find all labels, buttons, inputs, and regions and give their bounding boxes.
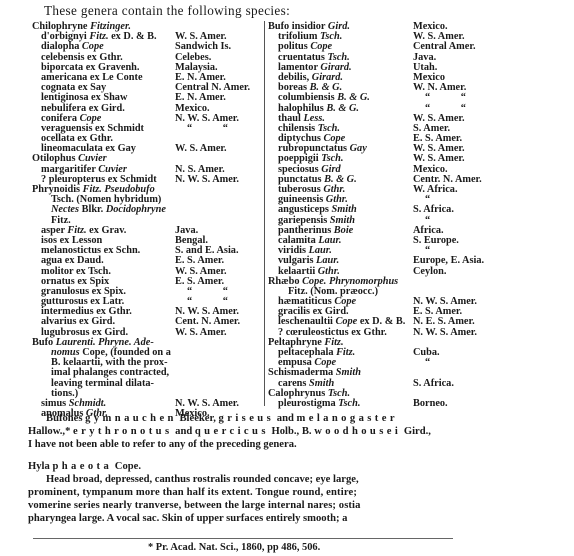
- description-line-4: pharyngea large. A vocal sac. Skin of up…: [28, 512, 548, 525]
- column-divider: [264, 21, 265, 406]
- species-epithet: quercicus: [195, 426, 269, 437]
- locality: Ceylon.: [413, 267, 446, 277]
- species-row: pleurostigma Tsch.Borneo.: [268, 399, 568, 409]
- species-heading: Hyla phaeota Cope.: [28, 460, 548, 473]
- heading-author: Cope.: [112, 461, 141, 472]
- locality: E. N. Amer.: [175, 93, 226, 103]
- species-epithet: melanogaster: [297, 413, 398, 424]
- locality: “ “: [413, 93, 480, 103]
- locality: N. W. S. Amer.: [413, 328, 477, 338]
- intro-line: These genera contain the following speci…: [44, 3, 290, 19]
- footnote-rule: [33, 538, 453, 539]
- species-epithet: erythronotus: [73, 426, 172, 437]
- text-segment: Hallow.,*: [28, 426, 73, 437]
- locality: S. Africa.: [413, 379, 454, 389]
- heading-genus: Hyla: [28, 461, 52, 472]
- description-line-2: prominent, tympanum more than half its e…: [28, 486, 548, 499]
- locality: Borneo.: [413, 399, 448, 409]
- text-segment: and: [274, 413, 296, 424]
- text-segment: and: [173, 426, 195, 437]
- text-segment: Holb., B.: [269, 426, 314, 437]
- authority: Fitz.: [336, 347, 355, 358]
- paragraph-unplaced-species-line2: Hallow.,* erythronotus and quercicus Hol…: [28, 425, 548, 438]
- locality: W. S. Amer.: [175, 328, 227, 338]
- species-list-right-column: Bufo insidior Gird.Mexico.trifolium Tsch…: [268, 22, 568, 409]
- document-page: These genera contain the following speci…: [0, 0, 574, 556]
- authority-extra: Blkr.: [79, 204, 106, 215]
- paragraph-unplaced-species-line3: I have not been able to refer to any of …: [28, 438, 548, 451]
- taxon-name: pleurostigma Tsch.: [278, 399, 360, 409]
- locality: W. S. Amer.: [175, 144, 227, 154]
- taxon-text: pleurostigma: [278, 398, 338, 409]
- footnote: * Pr. Acad. Nat. Sci., 1860, pp 486, 506…: [148, 542, 320, 553]
- paragraph-unplaced-species-line1: Bufones gymnauchen Bleeker, griseus and …: [28, 412, 566, 425]
- description-line-1: Head broad, depressed, canthus rostralis…: [28, 473, 566, 486]
- text-segment: Bufones: [46, 413, 85, 424]
- authority: Smith: [336, 367, 361, 378]
- authority: B. & G.: [326, 103, 359, 114]
- locality: “: [413, 358, 444, 368]
- species-list-left-column: Chilophryne Fitzinger.d'orbignyi Fitz. e…: [30, 22, 262, 419]
- locality: E. S. Amer.: [175, 256, 224, 266]
- locality: “ “: [175, 124, 242, 134]
- locality: Europe, E. Asia.: [413, 256, 484, 266]
- text-segment: Bleeker,: [177, 413, 219, 424]
- authority: Tsch.: [338, 398, 360, 409]
- description-line-3: vomerine series nearly tranverse, betwee…: [28, 499, 548, 512]
- locality: N. W. S. Amer.: [175, 175, 239, 185]
- authority: Gay: [350, 143, 367, 154]
- species-epithet: griseus: [219, 413, 275, 424]
- authority-extra: ex D. & B.: [109, 31, 157, 42]
- heading-species: phaeota: [52, 461, 112, 472]
- species-epithet: woodhousei: [314, 426, 401, 437]
- species-epithet: gymnauchen: [85, 413, 177, 424]
- text-segment: Gird.,: [401, 426, 431, 437]
- authority-secondary: Docidophryne: [106, 204, 166, 215]
